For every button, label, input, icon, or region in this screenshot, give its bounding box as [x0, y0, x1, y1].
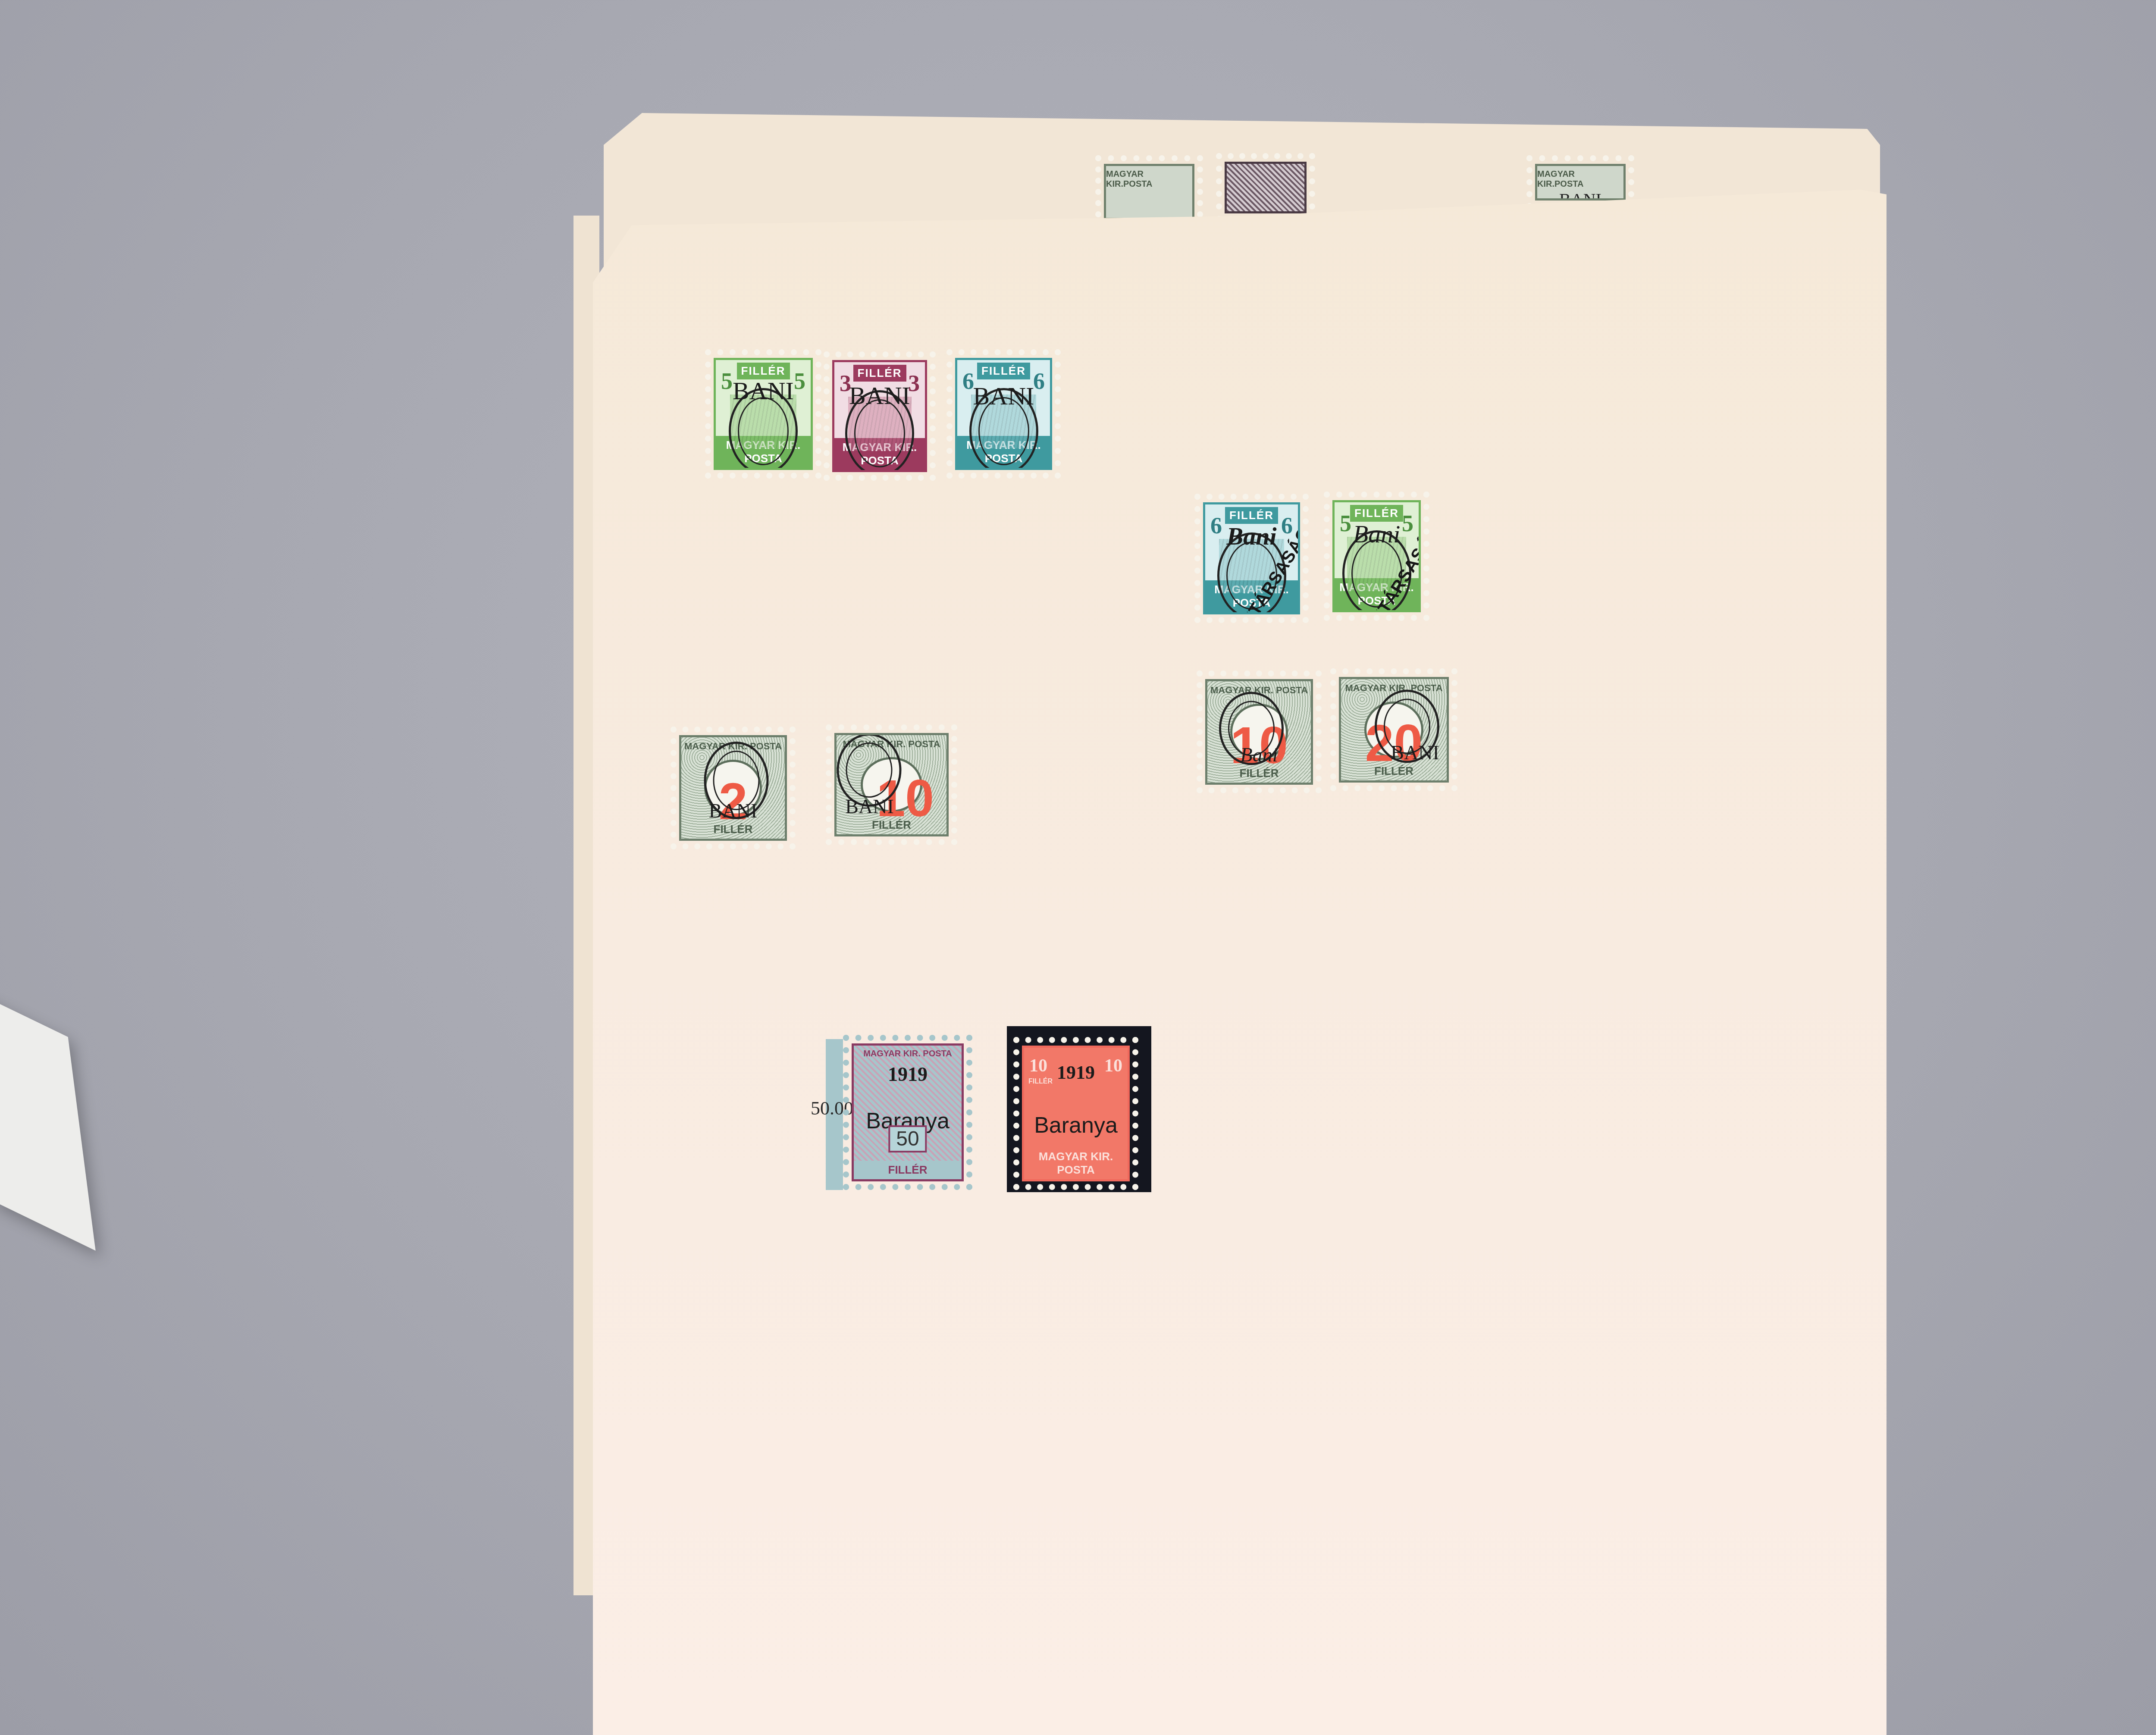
stamp-bottom-label: FILLÉR [1341, 764, 1447, 778]
postage-due-20-bani: MAGYAR KIR. POSTA 20 BANI FILLÉR [1330, 668, 1457, 791]
stamp-overprint: BANI [834, 381, 925, 410]
overprint-year: 1919 [854, 1063, 962, 1086]
stamp-3-filler-bani: 3 3 FILLÉR BANI MAGYAR KIR. POSTA [824, 351, 936, 481]
stamp-overprint: BANI [837, 795, 903, 818]
stamp-overprint: Baranya [1024, 1112, 1128, 1138]
stamp-5-koztarsasag: 5 5 FILLÉR Bani KÖZTÁRSASÁG MAGYAR KIR. … [1324, 492, 1429, 621]
postage-due-10-bani-left: MAGYAR KIR. POSTA 10 BANI FILLÉR [826, 724, 957, 845]
postage-due-2-bani: MAGYAR KIR. POSTA 2 BANI FILLÉR [671, 727, 796, 849]
stamp-overprint: BANI [681, 799, 785, 822]
stamp-6-filler-bani: 6 6 FILLÉR BANI MAGYAR KIR. POSTA [946, 349, 1061, 479]
stamp-top-label: MAGYAR KIR. POSTA [863, 1049, 952, 1059]
stamp-50-baranya: MAGYAR KIR. POSTA 1919 Baranya 50 FILLÉR [843, 1035, 972, 1190]
stamp-overprint: BANI [1559, 189, 1601, 200]
back-stamp-2 [1216, 153, 1315, 222]
stamp-bottom-label: MAGYAR KIR. POSTA [1024, 1147, 1128, 1179]
stamp-6-koztarsasag: 6 6 FILLÉR Bani KÖZTÁRSASÁG MAGYAR KIR. … [1194, 494, 1309, 623]
stamp-overprint: BANI [716, 376, 811, 405]
stamp-top-text: MAGYAR KIR.POSTA [1537, 169, 1623, 189]
stamp-overprint: Bani [1207, 743, 1311, 766]
stamp-top-label: FILLÉR [853, 365, 906, 382]
stamp-value: 50 [888, 1125, 927, 1152]
stamp-5-filler-bani: 5 5 FILLÉR BANI MAGYAR KIR. POSTA [705, 349, 821, 479]
stamp-top-label: FILLÉR [1028, 1078, 1053, 1086]
stamp-overprint: Bani [1335, 520, 1419, 548]
stamp-bottom-label: FILLÉR [837, 818, 946, 832]
stamp-bottom-label: FILLÉR [854, 1161, 962, 1179]
stamp-overprint: BANI [957, 382, 1050, 410]
stamp-top-text: MAGYAR KIR.POSTA [1106, 169, 1192, 189]
stamp-top-label: FILLÉR [977, 363, 1030, 379]
stamp-bottom-label: FILLÉR [1207, 767, 1311, 780]
postage-due-10-bani: MAGYAR KIR. POSTA 10 Bani FILLÉR [1197, 670, 1322, 793]
stamp-10-baranya: 10 10 1919 Baranya FILLÉR MAGYAR KIR. PO… [1013, 1037, 1138, 1190]
white-card [0, 987, 96, 1251]
stamp-overprint: BANI [1383, 741, 1447, 764]
stamp-bottom-label: FILLÉR [681, 823, 785, 836]
